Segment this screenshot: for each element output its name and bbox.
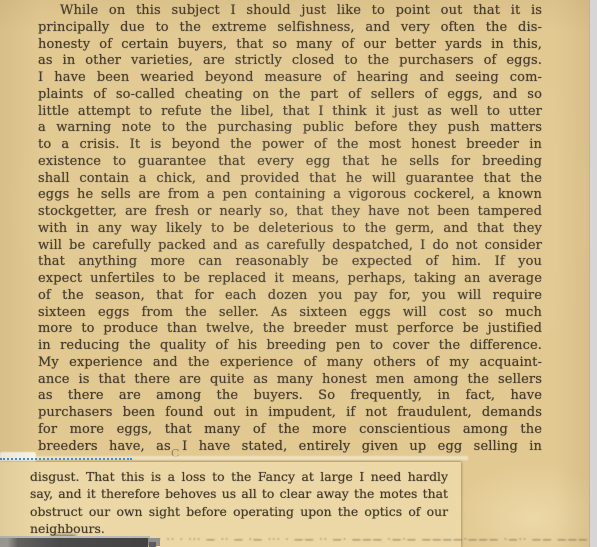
text-line: shall contain a chick, and provided that… xyxy=(38,171,542,188)
corner-light-patch xyxy=(455,450,597,547)
text-line: that anything more can reasonably be exp… xyxy=(38,254,542,271)
text-line: more to produce than twelve, the breeder… xyxy=(38,321,542,338)
text-line: for more eggs, that many of the more con… xyxy=(38,422,542,439)
text-line: as there are among the buyers. So freque… xyxy=(38,388,542,405)
text-line: existence to guarantee that every egg th… xyxy=(38,154,542,171)
text-line: a warning note to the purchasing public … xyxy=(38,120,542,137)
scanner-dark-bar xyxy=(0,538,148,547)
selection-dotted-line xyxy=(0,458,132,460)
main-paragraph: While on this subject I should just like… xyxy=(38,3,542,455)
blurred-next-line: · ·· · ··· — ·· — ·— ··· · —— ·· —· ——— … xyxy=(158,535,590,546)
text-line: of the season, that for each dozen you p… xyxy=(38,288,542,305)
text-line: I have been wearied beyond measure of he… xyxy=(38,70,542,87)
text-line: say, and it therefore behoves us all to … xyxy=(30,485,448,502)
text-line: breeders have, as I have stated, entirel… xyxy=(38,439,542,456)
scan-artifact-square xyxy=(149,542,156,547)
text-line: stockgetter, are fresh or nearly so, tha… xyxy=(38,204,542,221)
text-line: obstruct our own sight before operating … xyxy=(30,503,448,520)
text-line: honesty of certain buyers, that so many … xyxy=(38,37,542,54)
text-line: ance is that there are quite as many hon… xyxy=(38,372,542,389)
text-line: in reducing the quality of his breeding … xyxy=(38,338,542,355)
scanned-book-page: While on this subject I should just like… xyxy=(0,0,597,547)
text-line: eggs he sells are from a pen containing … xyxy=(38,187,542,204)
text-line: plaints of so-called cheating on the par… xyxy=(38,87,542,104)
text-line: disgust. That this is a loss to the Fanc… xyxy=(30,468,448,485)
text-line: as in other varieties, are strictly clos… xyxy=(38,53,542,70)
fragment-paragraph: disgust. That this is a loss to the Fanc… xyxy=(30,468,448,538)
text-line: principally due to the extreme selfishne… xyxy=(38,20,542,37)
text-line: with in any way likely to be deleterious… xyxy=(38,221,542,238)
text-line: little attempt to refute the libel, that… xyxy=(38,104,542,121)
text-line: will be carefully packed and as carefull… xyxy=(38,238,542,255)
text-line: While on this subject I should just like… xyxy=(38,3,542,20)
text-line: to a crisis. It is beyond the power of t… xyxy=(38,137,542,154)
seam-white-patch xyxy=(0,452,36,462)
page-edge-strip xyxy=(589,0,597,547)
text-line: sixteen eggs from the seller. As sixteen… xyxy=(38,305,542,322)
text-line: purchasers been found out in impudent, i… xyxy=(38,405,542,422)
text-line: My experience and the experience of many… xyxy=(38,355,542,372)
text-line: expect unfertiles to be replaced it mean… xyxy=(38,271,542,288)
